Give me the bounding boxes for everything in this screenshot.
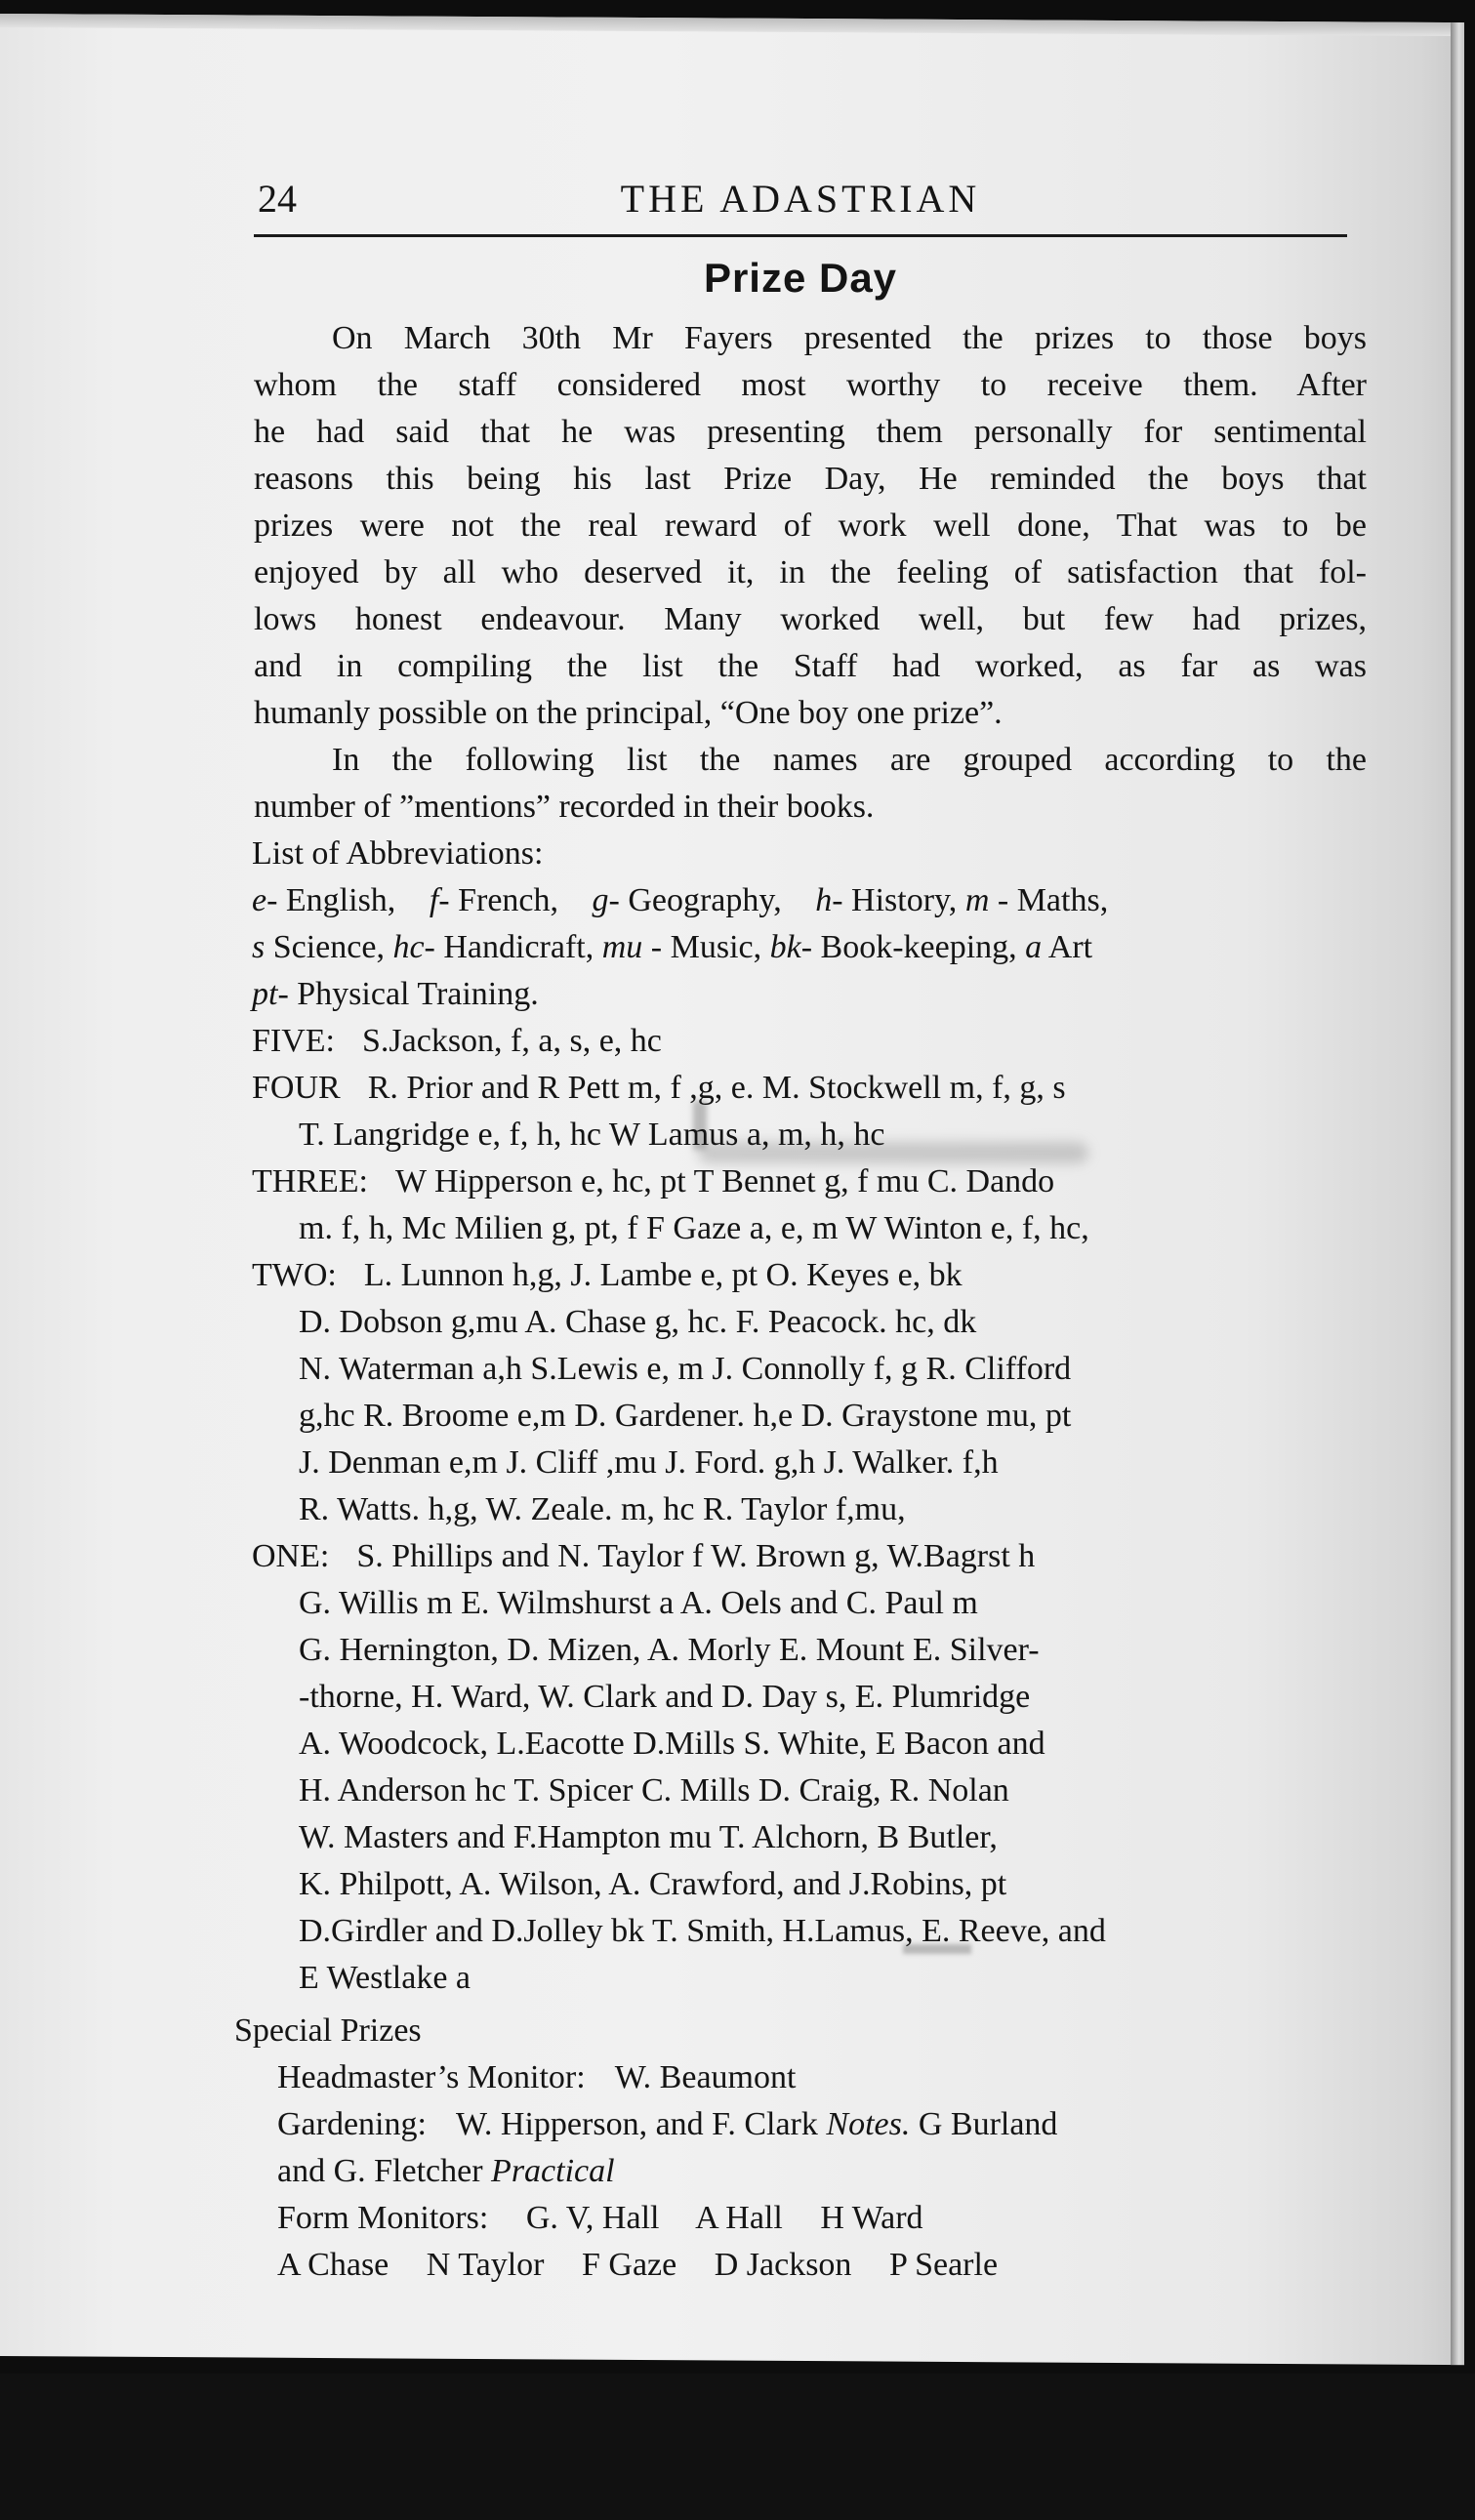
form-monitors-continued: A Chase N Taylor F Gaze D Jackson P Sear… [277,2242,1367,2289]
abbr-subject: - French, [438,882,558,918]
abbr-code: s [252,929,265,965]
group-label: FOUR [252,1065,341,1112]
group-two-continued: D. Dobson g,mu A. Chase g, hc. F. Peacoc… [252,1299,1367,1346]
group-two-continued: J. Denman e,m J. Cliff ,mu J. Ford. g,h … [252,1440,1367,1486]
abbr-subject: - English, [266,882,395,918]
group-one-continued: D.Girdler and D.Jolley bk T. Smith, H.La… [252,1908,1367,1955]
abbr-code: pt [252,976,277,1012]
monitor-name: D Jackson [715,2247,852,2283]
paragraph-line: humanly possible on the principal, “One … [254,690,1367,737]
abbr-subject: - Maths, [998,882,1108,918]
abbreviations-heading: List of Abbreviations: [252,831,1367,877]
group-two-continued: g,hc R. Broome e,m D. Gardener. h,e D. G… [252,1393,1367,1440]
group-one-continued: W. Masters and F.Hampton mu T. Alchorn, … [252,1814,1367,1861]
abbreviations-line: pt- Physical Training. [252,971,1367,1018]
paragraph-line: he had said that he was presenting them … [254,409,1367,456]
prize-winner: G Burland [919,2106,1058,2142]
group-one-continued: G. Willis m E. Wilmshurst a A. Oels and … [252,1580,1367,1627]
paragraph-line: whom the staff considered most worthy to… [254,362,1367,409]
page-top-edge [0,14,1464,36]
group-one-continued: K. Philpott, A. Wilson, A. Crawford, and… [252,1861,1367,1908]
gardening-prize: Gardening:W. Hipperson, and F. Clark Not… [277,2101,1367,2148]
abbr-code: mu [602,929,643,965]
headmasters-monitor: Headmaster’s Monitor:W. Beaumont [277,2054,1367,2101]
paragraph-line: number of ”mentions” recorded in their b… [254,784,1367,831]
group-one-continued: E Westlake a [252,1955,1367,2002]
page-content: 24 THE ADASTRIAN Prize Day On March 30th… [234,176,1367,2289]
monitor-name: F Gaze [582,2247,676,2283]
scan-background [0,2374,1475,2520]
paragraph-line: On March 30th Mr Fayers presented the pr… [254,315,1367,362]
abbr-subject: - Handicraft, [425,929,594,965]
group-one-continued: A. Woodcock, L.Eacotte D.Mills S. White,… [252,1721,1367,1768]
group-two-continued: R. Watts. h,g, W. Zeale. m, hc R. Taylor… [252,1486,1367,1533]
group-label: THREE: [252,1158,368,1205]
group-three: THREE:W Hipperson e, hc, pt T Bennet g, … [252,1158,1367,1205]
group-line: W Hipperson e, hc, pt T Bennet g, f mu C… [395,1163,1054,1199]
group-line: S. Phillips and N. Taylor f W. Brown g, … [356,1538,1035,1574]
group-line: R. Prior and R Pett m, f ,g, e. M. Stock… [368,1070,1066,1106]
paragraph-line: lows honest endeavour. Many worked well,… [254,596,1367,643]
prize-winner: and G. Fletcher [277,2153,483,2189]
group-four: FOURR. Prior and R Pett m, f ,g, e. M. S… [252,1065,1367,1112]
monitor-name: P Searle [889,2247,998,2283]
abbr-code: a [1025,929,1042,965]
monitor-name: H Ward [820,2200,922,2236]
abbr-subject: - Music, [651,929,761,965]
paragraph-line: and in compiling the list the Staff had … [254,643,1367,690]
abbr-subject: - Book-keeping, [801,929,1017,965]
group-four-continued: T. Langridge e, f, h, hc W Lamus a, m, h… [252,1112,1367,1158]
grouping-paragraph: In the following list the names are grou… [234,737,1367,831]
group-label: FIVE: [252,1018,335,1065]
header-rule [254,234,1347,237]
abbr-code: g [593,882,609,918]
group-two: TWO:L. Lunnon h,g, J. Lambe e, pt O. Key… [252,1252,1367,1299]
abbr-code: h [815,882,832,918]
group-three-continued: m. f, h, Mc Milien g, pt, f F Gaze a, e,… [252,1205,1367,1252]
prize-label: Gardening: [277,2106,427,2142]
paragraph-line: enjoyed by all who deserved it, in the f… [254,549,1367,596]
abbr-subject: - Geography, [609,882,782,918]
notes-label: Notes. [826,2106,910,2142]
intro-paragraph: On March 30th Mr Fayers presented the pr… [234,315,1367,737]
form-monitors: Form Monitors: G. V, Hall A Hall H Ward [277,2195,1367,2242]
gardening-prize-continued: and G. Fletcher Practical [277,2148,1367,2195]
group-label: ONE: [252,1533,329,1580]
monitor-name: A Chase [277,2247,389,2283]
special-prizes-heading: Special Prizes [234,2008,1367,2054]
abbreviations-line: e- English, f- French, g- Geography, h- … [252,877,1367,924]
abbr-subject: Art [1048,929,1092,965]
paragraph-line: prizes were not the real reward of work … [254,503,1367,549]
page-right-edge [1451,22,1464,2365]
practical-label: Practical [491,2153,615,2189]
group-five: FIVE:S.Jackson, f, a, s, e, hc [252,1018,1367,1065]
monitor-name: N Taylor [427,2247,545,2283]
prize-label: Form Monitors: [277,2200,488,2236]
abbr-subject: - History, [832,882,957,918]
group-one-continued: -thorne, H. Ward, W. Clark and D. Day s,… [252,1674,1367,1721]
group-line: S.Jackson, f, a, s, e, hc [362,1023,662,1059]
abbr-subject: Science, [273,929,385,965]
group-line: L. Lunnon h,g, J. Lambe e, pt O. Keyes e… [364,1257,963,1293]
abbr-code: bk [770,929,801,965]
monitor-name: A Hall [695,2200,783,2236]
prize-winner: W. Beaumont [615,2059,797,2095]
group-one: ONE:S. Phillips and N. Taylor f W. Brown… [252,1533,1367,1580]
abbr-code: e [252,882,266,918]
abbr-code: f [430,882,438,918]
group-one-continued: H. Anderson hc T. Spicer C. Mills D. Cra… [252,1768,1367,1814]
abbr-code: m [965,882,990,918]
monitor-name: G. V, Hall [526,2200,660,2236]
running-header: 24 THE ADASTRIAN [234,176,1367,223]
abbr-subject: - Physical Training. [277,976,538,1012]
special-prizes-list: Headmaster’s Monitor:W. Beaumont Gardeni… [234,2054,1367,2289]
abbreviations-line: s Science, hc- Handicraft, mu - Music, b… [252,924,1367,971]
group-one-continued: G. Hernington, D. Mizen, A. Morly E. Mou… [252,1627,1367,1674]
article-title: Prize Day [234,255,1367,302]
group-two-continued: N. Waterman a,h S.Lewis e, m J. Connolly… [252,1346,1367,1393]
prize-label: Headmaster’s Monitor: [277,2059,586,2095]
paragraph-line: reasons this being his last Prize Day, H… [254,456,1367,503]
abbreviations-section: List of Abbreviations: e- English, f- Fr… [234,831,1367,2002]
paragraph-line: In the following list the names are grou… [254,737,1367,784]
group-label: TWO: [252,1252,337,1299]
journal-title: THE ADASTRIAN [234,176,1367,222]
abbr-code: hc [392,929,424,965]
prize-winner: W. Hipperson, and F. Clark [456,2106,818,2142]
